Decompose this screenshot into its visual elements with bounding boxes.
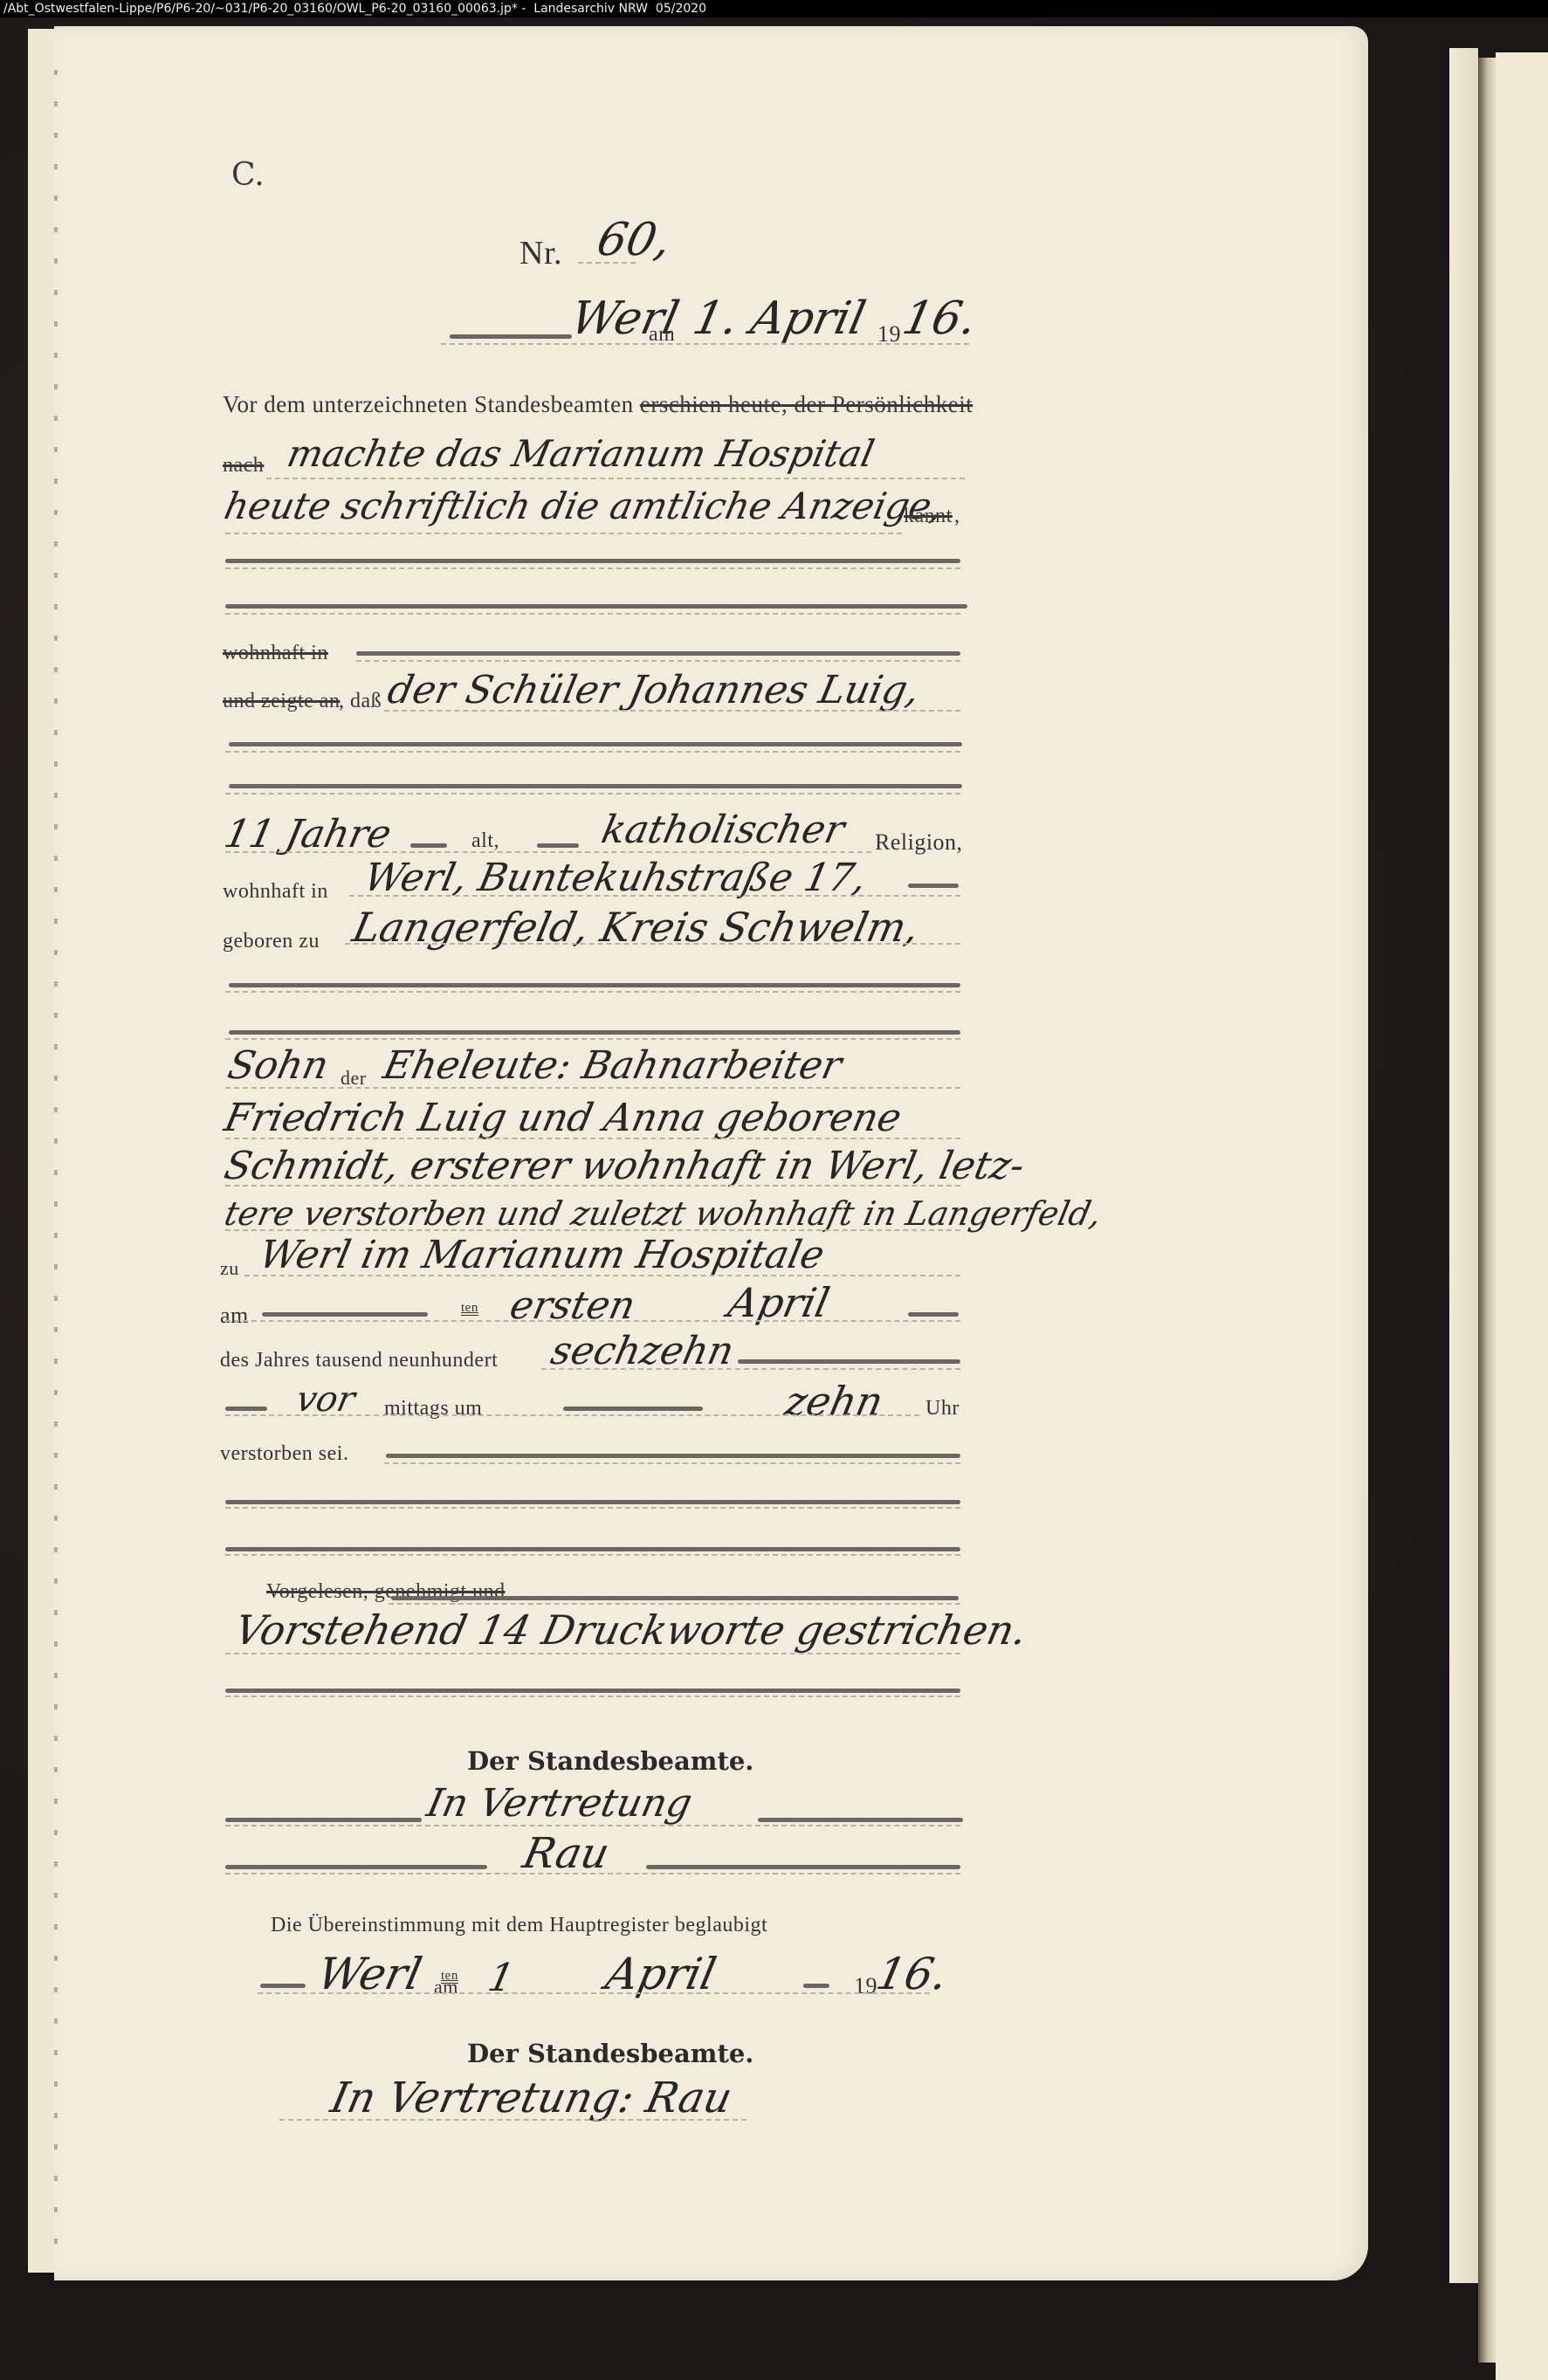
dass-label: , daß (339, 690, 382, 713)
fill-bar (908, 884, 959, 888)
religion-label: Religion, (875, 829, 963, 856)
dotted-line (225, 1653, 960, 1654)
dotted-line (389, 1603, 960, 1605)
struck-wohnhaft: wohnhaft in (223, 642, 328, 665)
record-number: 60, (593, 214, 676, 266)
geboren-label: geboren zu (223, 930, 320, 953)
sohn-value: Sohn (224, 1043, 333, 1088)
dotted-line (225, 1554, 960, 1556)
certification-text: Die Übereinstimmung mit dem Hauptregiste… (271, 1914, 767, 1937)
dotted-line (384, 1462, 960, 1464)
dotted-line (541, 1368, 960, 1370)
fill-bar (229, 983, 960, 987)
fill-bar (229, 742, 962, 746)
fill-bar (410, 843, 447, 848)
dotted-line (225, 793, 960, 794)
parents-line1: Eheleute: Bahnarbeiter (380, 1043, 846, 1088)
fill-bar (908, 1312, 959, 1317)
note-value: Vorstehend 14 Druckworte gestrichen. (230, 1606, 1031, 1654)
deceased-name: der Schüler Johannes Luig, (384, 668, 924, 712)
dotted-line (225, 613, 960, 615)
age-value: 11 Jahre (221, 812, 396, 856)
dotted-line (225, 851, 871, 853)
parents-line4: tere verstorben und zuletzt wohnhaft in … (221, 1194, 1104, 1233)
year-suffix: 16. (898, 292, 981, 345)
dotted-line (225, 751, 960, 753)
wohnhaft-label: wohnhaft in (223, 880, 328, 904)
dotted-line (266, 478, 965, 479)
dotted-line (356, 660, 960, 662)
registrar-title: Der Standesbeamte. (467, 1746, 753, 1776)
dotted-line (225, 1087, 960, 1089)
dotted-line (225, 1507, 960, 1509)
death-certificate-form: C. Nr. 60, Werl am 1. April 19 16. Vor d… (0, 0, 1548, 2380)
fill-bar (225, 604, 967, 609)
parents-line3: Schmidt, ersterer wohnhaft in Werl, letz… (221, 1144, 1029, 1188)
fill-bar (225, 1407, 267, 1411)
dotted-line (279, 2119, 746, 2121)
fill-bar (225, 1818, 422, 1822)
fill-bar (225, 559, 960, 563)
dotted-line (258, 1992, 930, 1994)
ten-label: ten (461, 1301, 478, 1316)
fill-bar (450, 334, 572, 339)
death-month-value: April (724, 1279, 834, 1326)
date-line (441, 343, 969, 345)
informant-line2: heute schriftlich die amtliche Anzeige, (221, 485, 947, 527)
registrar-title-2: Der Standesbeamte. (467, 2039, 753, 2068)
fill-bar (563, 1407, 703, 1411)
dotted-line (225, 1138, 960, 1139)
fill-bar (391, 1596, 959, 1600)
number-line (578, 262, 636, 264)
fill-bar (262, 1312, 428, 1317)
fill-bar (260, 1984, 306, 1988)
parents-line2: Friedrich Luig und Anna geborene (221, 1096, 905, 1140)
fill-bar (229, 1030, 960, 1035)
date-value: 1. April (689, 292, 870, 345)
dotted-line (244, 1275, 960, 1276)
fill-bar (386, 1454, 960, 1458)
struck-kannt: kannt (904, 505, 953, 528)
death-place-value: Werl im Marianum Hospitale (256, 1233, 829, 1277)
alt-label: alt, (471, 829, 499, 853)
dotted-line (349, 895, 960, 897)
fill-bar (225, 1500, 960, 1504)
verstorben-label: verstorben sei. (220, 1442, 348, 1466)
signature-line1: In Vertretung (423, 1781, 697, 1826)
fill-bar (225, 1865, 487, 1869)
number-label: Nr. (519, 234, 562, 272)
dotted-line (225, 1873, 960, 1874)
fill-bar (646, 1865, 960, 1869)
signature-2: In Vertretung: Rau (327, 2074, 736, 2122)
dotted-line (225, 1825, 960, 1826)
informant-line1: machte das Marianum Hospital (284, 432, 878, 475)
year-value: sechzehn (547, 1329, 738, 1373)
am-label: am (220, 1303, 249, 1329)
dotted-line (225, 1038, 960, 1040)
dotted-line (225, 533, 902, 534)
dotted-line (225, 1414, 919, 1416)
dotted-line (384, 710, 960, 712)
dotted-line (225, 1320, 960, 1322)
fill-bar (225, 1547, 960, 1551)
dotted-line (225, 1185, 960, 1187)
time-value: zehn (781, 1378, 887, 1425)
dotted-line (225, 1229, 960, 1231)
fill-bar (225, 1689, 960, 1693)
struck-text: erschien heute, der Persönlichkeit (640, 391, 973, 417)
comma: , (954, 505, 960, 528)
dotted-line (345, 943, 960, 945)
dotted-line (225, 1696, 960, 1697)
fill-bar (738, 1359, 960, 1364)
struck-nach: nach (223, 454, 264, 478)
dotted-line (225, 567, 960, 569)
dotted-line (225, 991, 960, 993)
fill-bar (758, 1818, 963, 1822)
form-letter: C. (231, 157, 265, 193)
mittags-label: mittags um (384, 1397, 482, 1420)
intro-printed: Vor dem unterzeichneten Standesbeamten e… (223, 391, 973, 418)
zu-label: zu (220, 1257, 239, 1280)
address-value: Werl, Buntekuhstraße 17, (361, 856, 871, 900)
fill-bar (229, 784, 962, 788)
religion-value: katholischer (598, 808, 849, 852)
fill-bar (356, 651, 960, 656)
signature-line2: Rau (519, 1829, 614, 1878)
year-label: des Jahres tausend neunhundert (220, 1349, 498, 1372)
uhr-label: Uhr (925, 1397, 960, 1420)
cert-ten-label: ten (441, 1969, 458, 1984)
fill-bar (803, 1984, 829, 1988)
struck-zeigte-an: und zeigte an (223, 690, 340, 713)
fill-bar (537, 843, 579, 848)
